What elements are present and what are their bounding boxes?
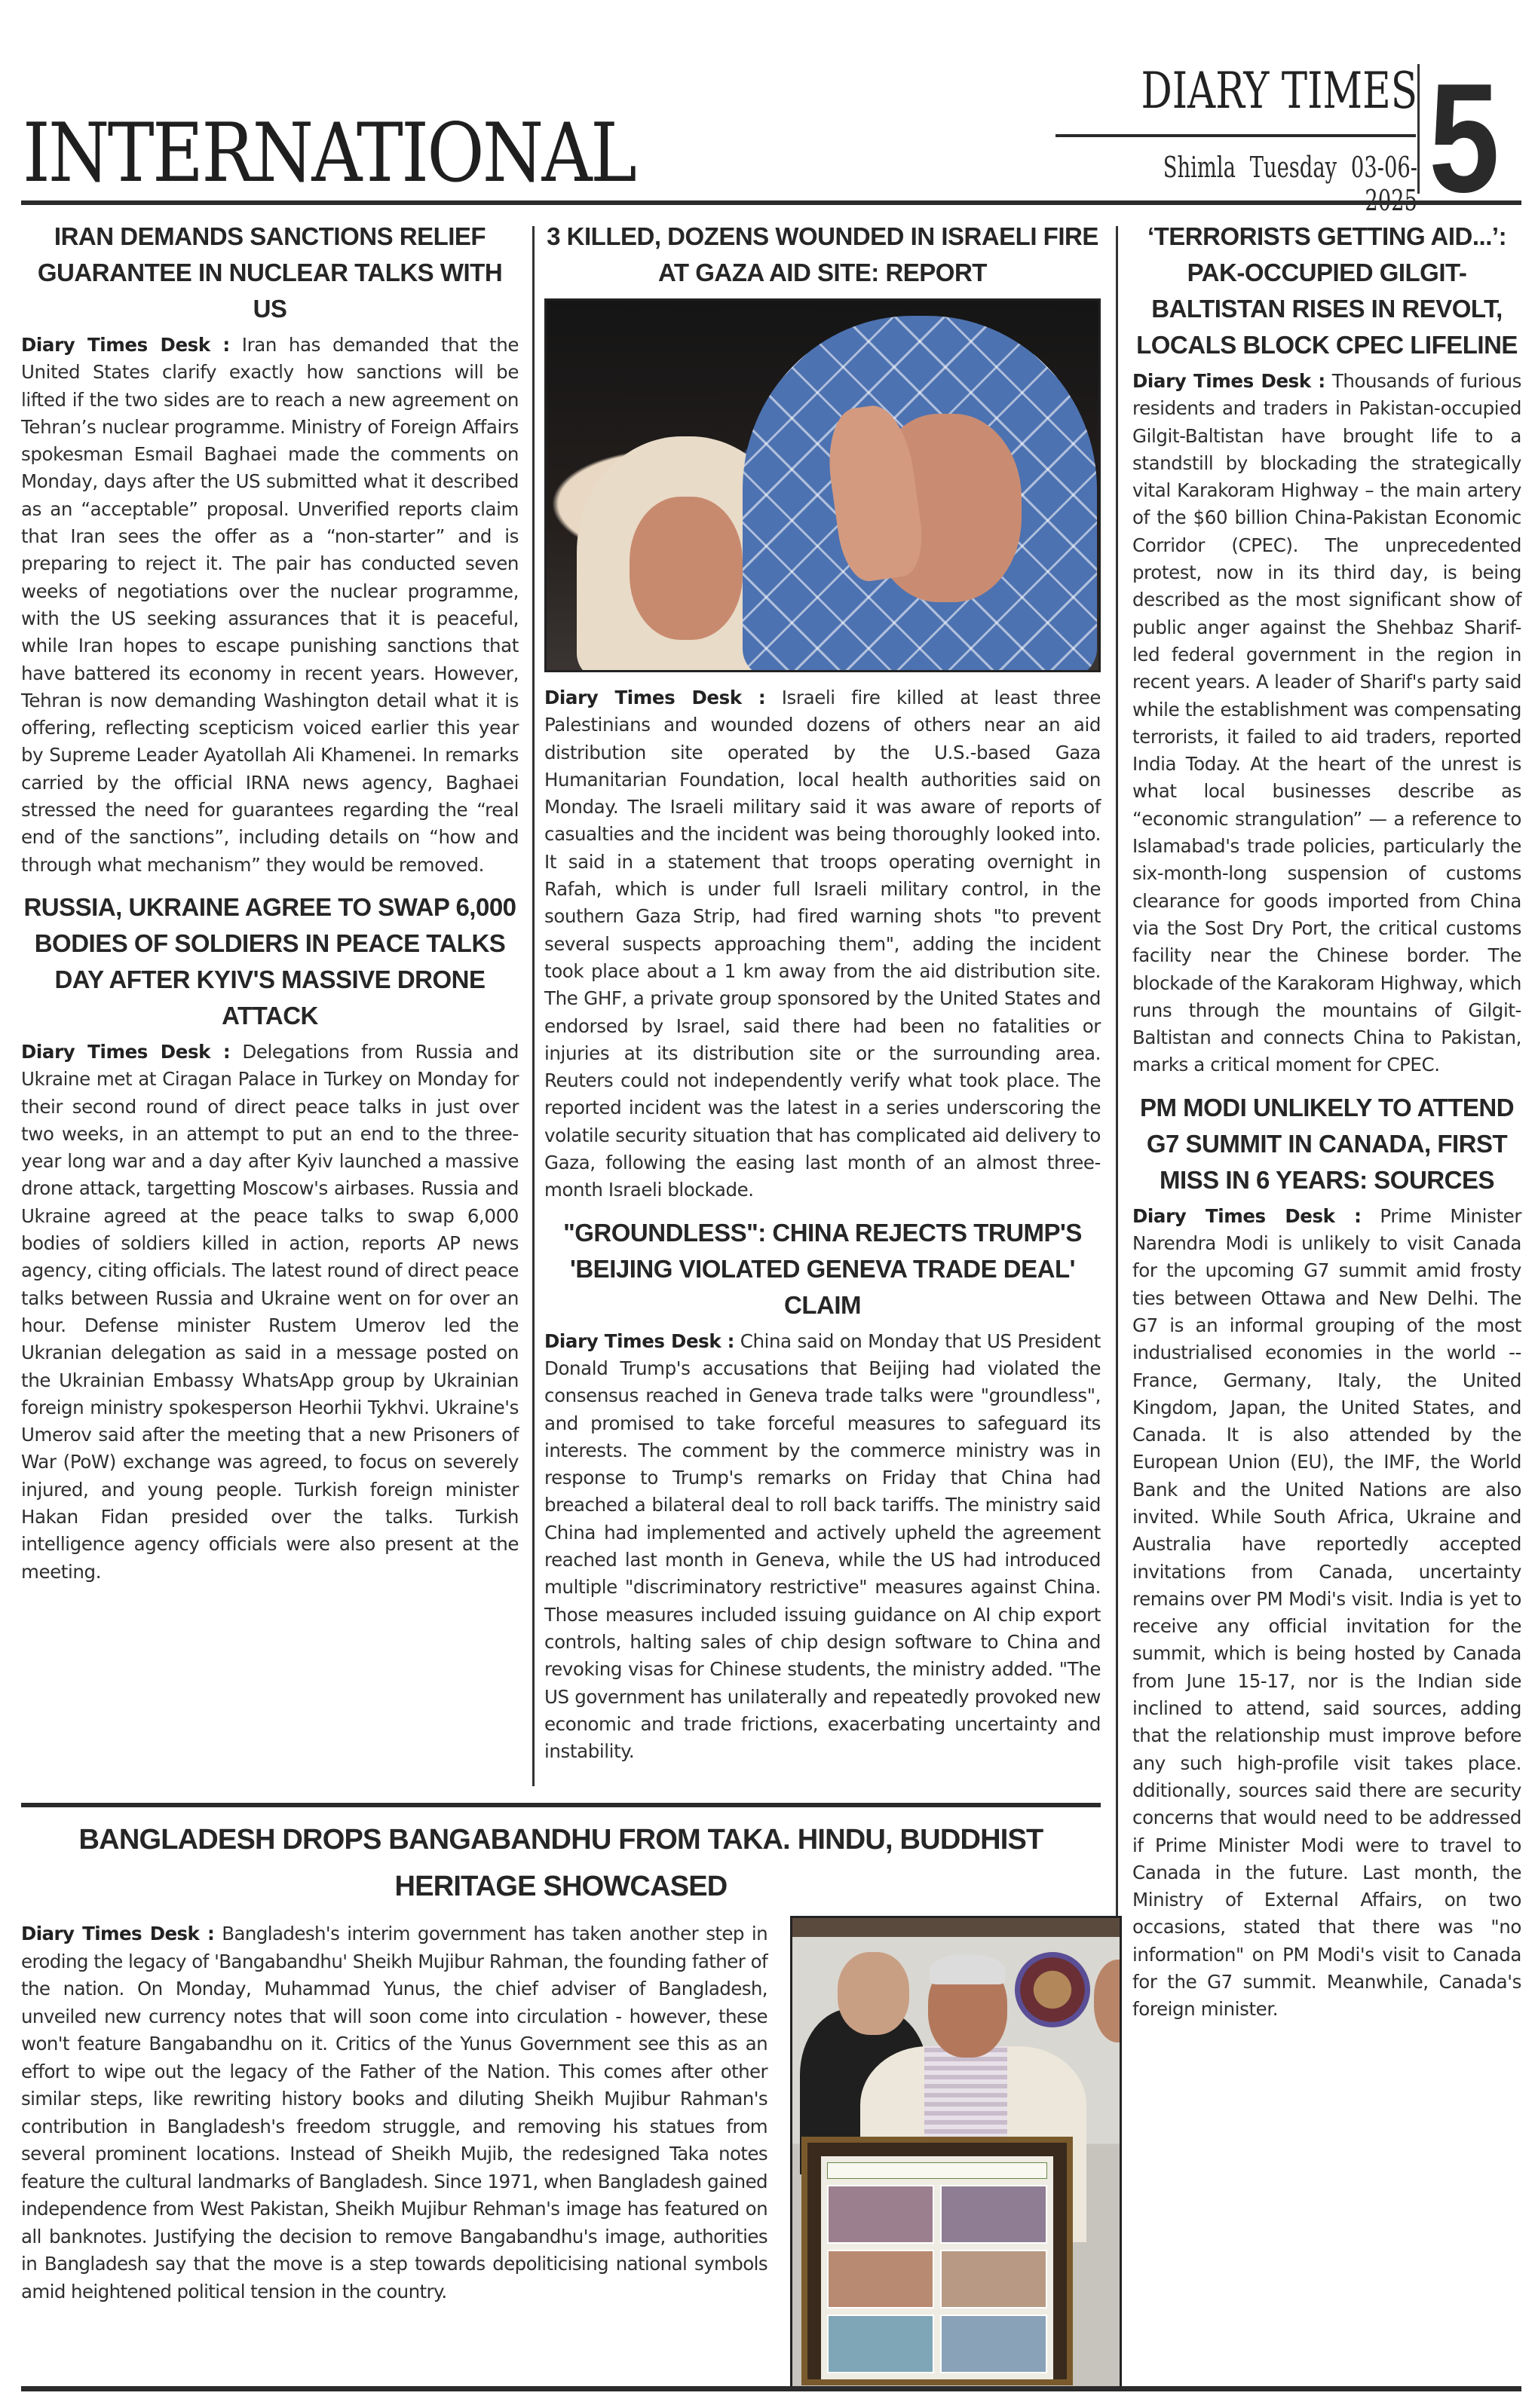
photo-shape <box>930 1954 1005 1984</box>
page-number: 5 <box>1429 60 1500 216</box>
article-text: Iran has demanded that the United States… <box>21 334 519 876</box>
banknote-frame <box>801 2137 1073 2385</box>
article-headline: ‘TERRORISTS GETTING AID...’: PAK-OCCUPIE… <box>1132 219 1521 363</box>
article-text: China said on Monday that US President D… <box>544 1330 1101 1762</box>
article-body: Diary Times Desk : Bangladesh's interim … <box>21 1920 767 2305</box>
banknote <box>940 2315 1047 2373</box>
byline: Diary Times Desk : <box>21 334 230 356</box>
top-rule <box>21 200 1521 205</box>
dateline: Shimla Tuesday 03-06-2025 <box>1114 151 1417 217</box>
byline: Diary Times Desk : <box>21 1923 214 1944</box>
byline: Diary Times Desk : <box>544 687 765 708</box>
article-headline: "GROUNDLESS": CHINA REJECTS TRUMP'S 'BEI… <box>544 1215 1101 1323</box>
photo-shape <box>827 2162 1047 2179</box>
byline: Diary Times Desk : <box>1132 370 1325 392</box>
dateline-day: Tuesday <box>1250 151 1337 184</box>
banknote <box>827 2315 934 2373</box>
article-iran: IRAN DEMANDS SANCTIONS RELIEF GUARANTEE … <box>21 219 519 879</box>
banknote-display <box>821 2156 1053 2379</box>
article-headline: BANGLADESH DROPS BANGABANDHU FROM TAKA. … <box>21 1816 1101 1910</box>
page-header: INTERNATIONAL DIARY TIMES Shimla Tuesday… <box>0 0 1538 207</box>
article-body: Diary Times Desk : Thousands of furious … <box>1132 368 1521 1079</box>
article-modi-g7: PM MODI UNLIKELY TO ATTEND G7 SUMMIT IN … <box>1132 1090 1521 2024</box>
column-divider-left <box>532 226 535 1786</box>
article-text: Bangladesh's interim government has take… <box>21 1923 767 2302</box>
dateline-city: Shimla <box>1163 151 1236 184</box>
header-divider <box>1417 64 1420 194</box>
article-headline: RUSSIA, UKRAINE AGREE TO SWAP 6,000 BODI… <box>21 889 519 1034</box>
article-gaza: 3 KILLED, DOZENS WOUNDED IN ISRAELI FIRE… <box>544 219 1101 1204</box>
article-headline: PM MODI UNLIKELY TO ATTEND G7 SUMMIT IN … <box>1132 1090 1521 1198</box>
article-body: Diary Times Desk : Israeli fire killed a… <box>544 684 1101 1204</box>
banknote <box>940 2250 1047 2309</box>
photo-shape <box>1015 1952 1090 2027</box>
byline: Diary Times Desk : <box>1132 1205 1362 1227</box>
masthead-divider <box>1055 134 1416 137</box>
article-body: Diary Times Desk : Prime Minister Narend… <box>1132 1203 1521 2024</box>
article-body: Diary Times Desk : Iran has demanded tha… <box>21 332 519 879</box>
article-gilgit-baltistan: ‘TERRORISTS GETTING AID...’: PAK-OCCUPIE… <box>1132 219 1521 1079</box>
photo-shape <box>630 497 743 640</box>
section-rule <box>21 1803 1101 1807</box>
article-text: Israeli fire killed at least three Pales… <box>544 687 1101 1201</box>
article-text: Thousands of furious residents and trade… <box>1132 370 1521 1075</box>
banknote <box>827 2250 934 2309</box>
right-column: ‘TERRORISTS GETTING AID...’: PAK-OCCUPIE… <box>1132 219 1521 2034</box>
bottom-rule <box>21 2386 1521 2391</box>
article-russia-ukraine: RUSSIA, UKRAINE AGREE TO SWAP 6,000 BODI… <box>21 889 519 1586</box>
article-body: Diary Times Desk : Delegations from Russ… <box>21 1039 519 1586</box>
banknote <box>940 2185 1047 2244</box>
banknote <box>827 2185 934 2244</box>
article-body: Diary Times Desk : China said on Monday … <box>544 1328 1101 1766</box>
left-column: IRAN DEMANDS SANCTIONS RELIEF GUARANTEE … <box>21 219 519 1596</box>
article-body-container: Diary Times Desk : Bangladesh's interim … <box>21 1920 767 2316</box>
article-headline: 3 KILLED, DOZENS WOUNDED IN ISRAELI FIRE… <box>544 219 1101 291</box>
section-title: INTERNATIONAL <box>23 113 635 194</box>
byline: Diary Times Desk : <box>21 1041 230 1063</box>
article-headline: IRAN DEMANDS SANCTIONS RELIEF GUARANTEE … <box>21 219 519 327</box>
middle-column: 3 KILLED, DOZENS WOUNDED IN ISRAELI FIRE… <box>544 219 1101 1776</box>
photo-shape <box>838 1952 909 2035</box>
photo-shape <box>1094 1960 1122 2042</box>
article-bangladesh: BANGLADESH DROPS BANGABANDHU FROM TAKA. … <box>21 1816 1101 1916</box>
byline: Diary Times Desk : <box>544 1330 734 1352</box>
article-china-trump: "GROUNDLESS": CHINA REJECTS TRUMP'S 'BEI… <box>544 1215 1101 1766</box>
grieving-women-photo <box>544 298 1101 672</box>
article-text: Prime Minister Narendra Modi is unlikely… <box>1132 1205 1521 2021</box>
yunus-banknotes-photo <box>790 1916 1122 2391</box>
dateline-date: 03-06-2025 <box>1351 151 1417 217</box>
article-text: Delegations from Russia and Ukraine met … <box>21 1041 519 1583</box>
masthead: DIARY TIMES <box>1071 66 1417 116</box>
